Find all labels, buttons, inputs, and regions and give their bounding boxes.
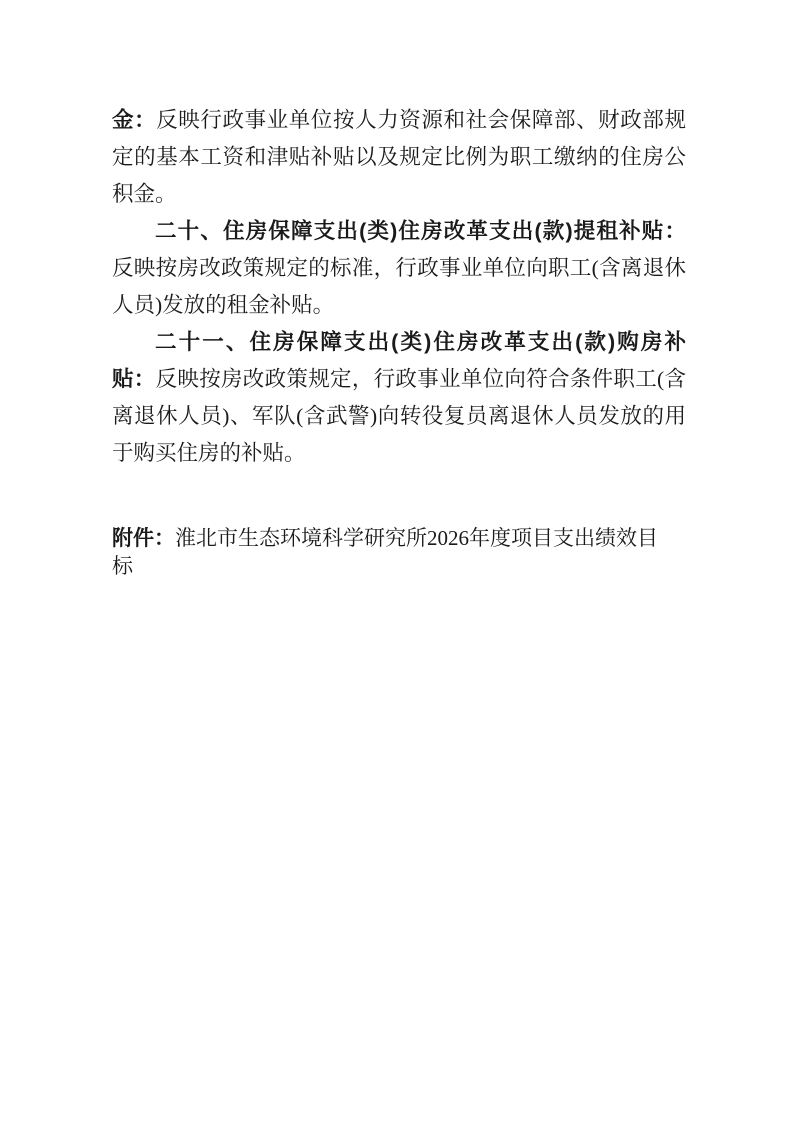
bold-term: 贴：: [112, 367, 156, 391]
body-line-5: 反映按房改政策规定的标准，行政事业单位向职工(含离退休: [112, 250, 686, 287]
line-text: 积金。: [112, 182, 177, 206]
body-line-10: 于购买住房的补贴。: [112, 435, 686, 472]
attachment-note: 附件：淮北市生态环境科学研究所2026年度项目支出绩效目 标: [112, 524, 686, 580]
body-line-6: 人员)发放的租金补贴。: [112, 287, 686, 324]
section-heading: 二十一、住房保障支出(类)住房改革支出(款)购房补: [155, 330, 686, 354]
line-text: 定的基本工资和津贴补贴以及规定比例为职工缴纳的住房公: [112, 145, 686, 169]
line-text: 反映行政事业单位按人力资源和社会保障部、财政部规: [156, 108, 686, 132]
line-text: 离退休人员)、军队(含武警)向转役复员离退休人员发放的用: [112, 404, 686, 428]
attachment-text: 淮北市生态环境科学研究所2026年度项目支出绩效目: [175, 526, 658, 550]
body-line-8: 贴：反映按房改政策规定，行政事业单位向符合条件职工(含: [112, 361, 686, 398]
body-line-2: 定的基本工资和津贴补贴以及规定比例为职工缴纳的住房公: [112, 139, 686, 176]
body-text: 金：反映行政事业单位按人力资源和社会保障部、财政部规 定的基本工资和津贴补贴以及…: [112, 102, 686, 472]
line-text: 反映按房改政策规定的标准，行政事业单位向职工(含离退休: [112, 256, 686, 280]
body-line-7: 二十一、住房保障支出(类)住房改革支出(款)购房补: [112, 324, 686, 361]
body-line-4: 二十、住房保障支出(类)住房改革支出(款)提租补贴：: [112, 213, 686, 250]
document-page: 金：反映行政事业单位按人力资源和社会保障部、财政部规 定的基本工资和津贴补贴以及…: [0, 0, 793, 1122]
body-line-3: 积金。: [112, 176, 686, 213]
attachment-line-2: 标: [112, 552, 686, 580]
attachment-line-1: 附件：淮北市生态环境科学研究所2026年度项目支出绩效目: [112, 524, 686, 552]
attachment-text: 标: [112, 554, 133, 578]
body-line-1: 金：反映行政事业单位按人力资源和社会保障部、财政部规: [112, 102, 686, 139]
section-heading: 二十、住房保障支出(类)住房改革支出(款)提租补贴：: [155, 219, 686, 243]
body-line-9: 离退休人员)、军队(含武警)向转役复员离退休人员发放的用: [112, 398, 686, 435]
line-text: 反映按房改政策规定，行政事业单位向符合条件职工(含: [156, 367, 686, 391]
bold-term: 金：: [112, 108, 156, 132]
attachment-label: 附件：: [112, 527, 175, 550]
line-text: 于购买住房的补贴。: [112, 441, 306, 465]
line-text: 人员)发放的租金补贴。: [112, 293, 334, 317]
